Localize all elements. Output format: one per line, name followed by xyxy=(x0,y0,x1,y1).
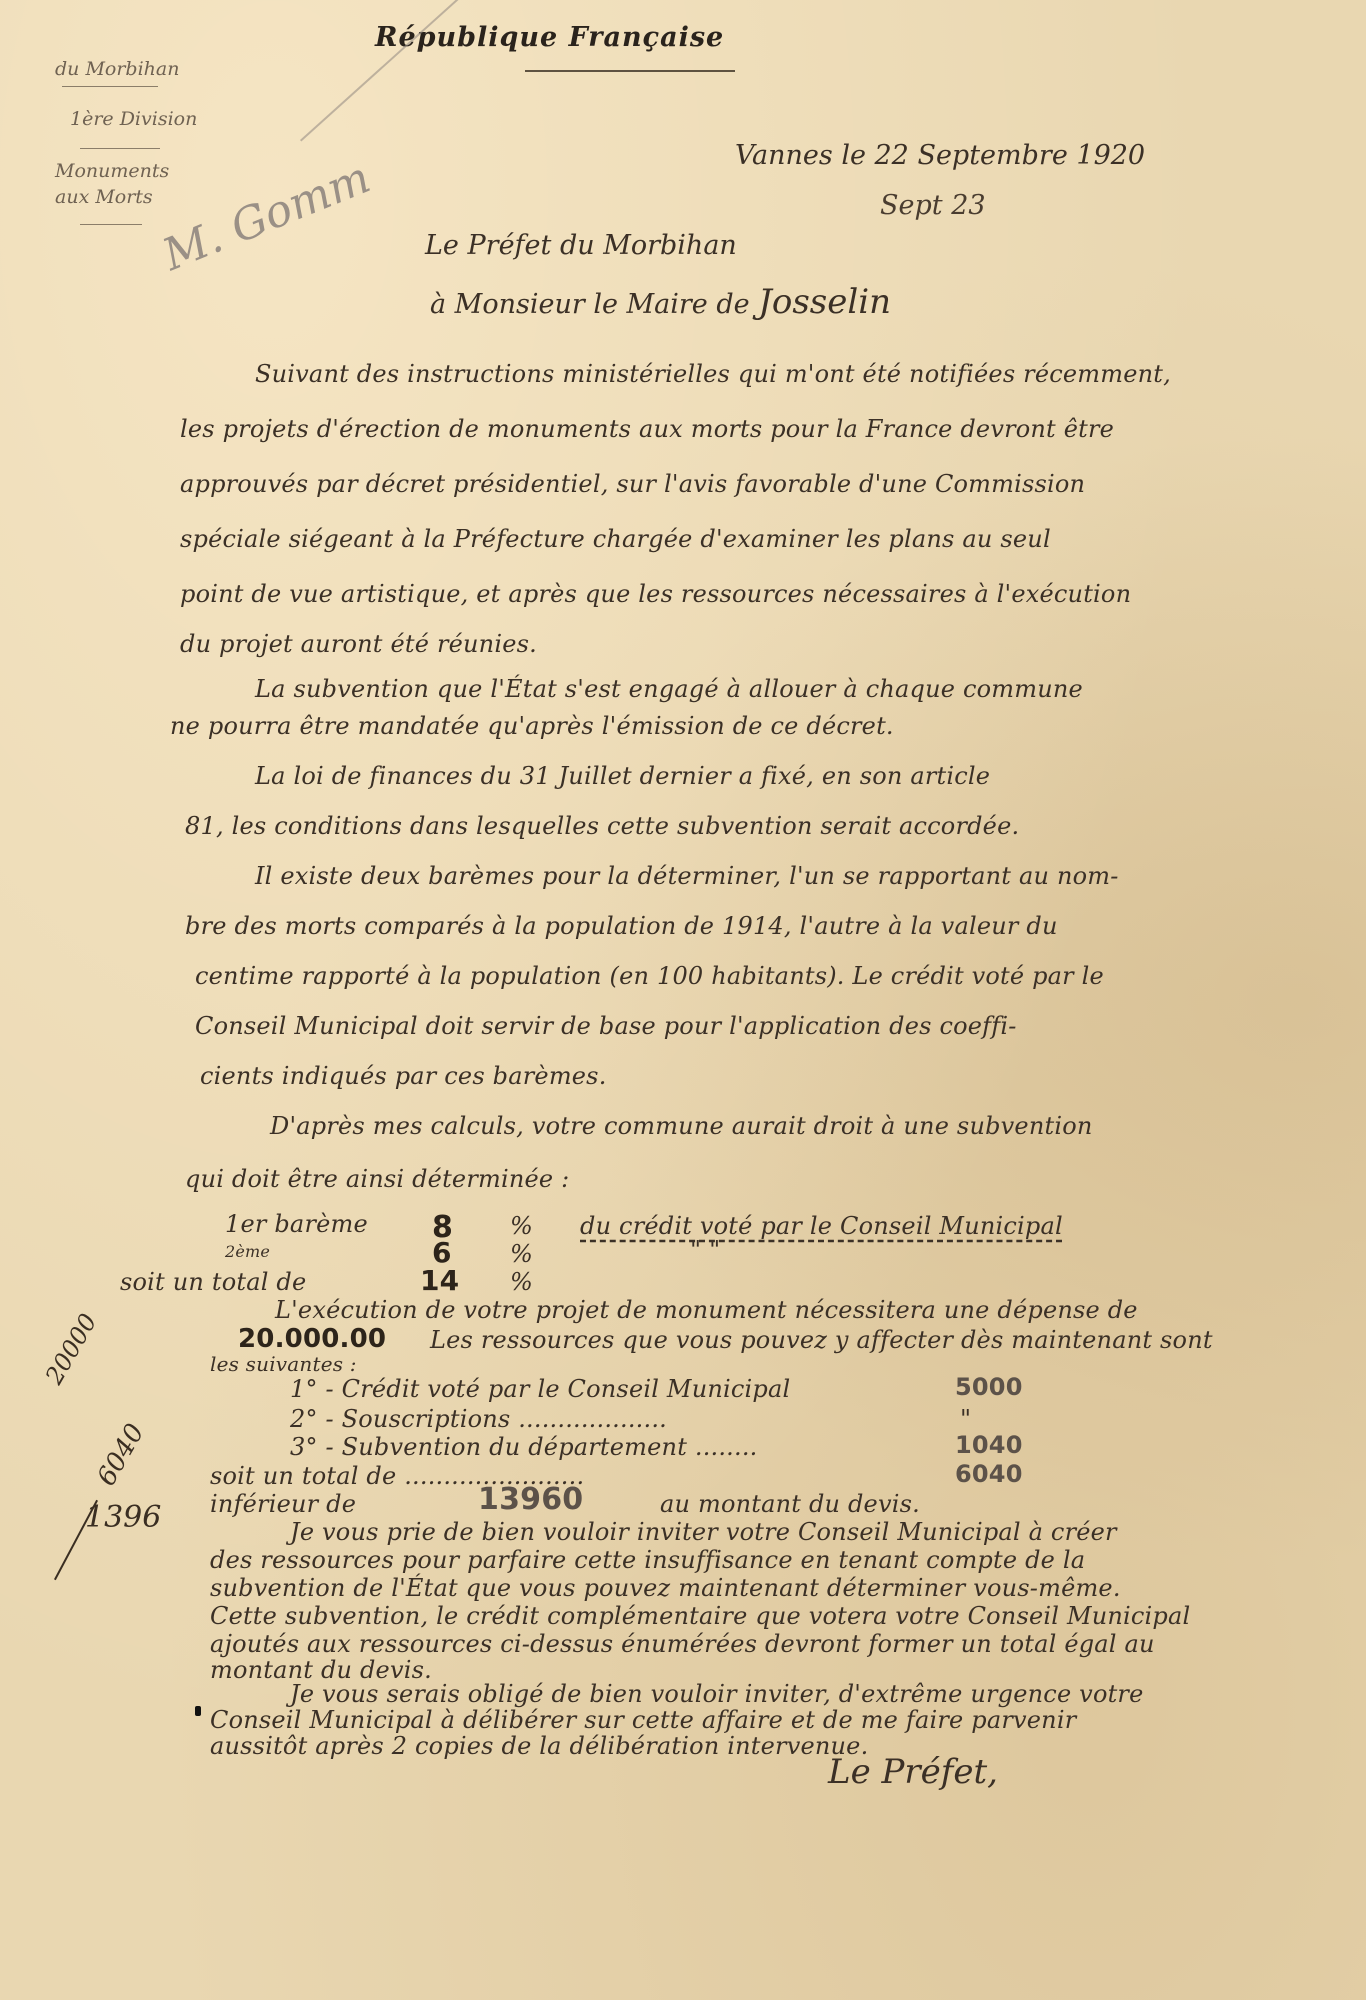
body-line: qui doit être ainsi déterminée : xyxy=(185,1165,569,1193)
body-line: Il existe deux barèmes pour la détermine… xyxy=(255,862,1119,890)
body-line: centime rapporté à la population (en 100… xyxy=(195,962,1104,990)
body-line: point de vue artistique, et après que le… xyxy=(180,580,1131,608)
closing-line: Conseil Municipal à délibérer sur cette … xyxy=(210,1706,1076,1734)
margin-divider xyxy=(80,148,160,149)
resources-intro: Les ressources que vous pouvez y affecte… xyxy=(430,1326,1213,1354)
margin-subject-line1: Monuments xyxy=(55,160,169,182)
margin-division: 1ère Division xyxy=(70,108,197,130)
execution-line: L'exécution de votre projet de monument … xyxy=(275,1296,1138,1324)
devis-amount: 20.000.00 xyxy=(238,1324,386,1354)
body-line: Suivant des instructions ministérielles … xyxy=(255,360,1171,388)
closing-line: Cette subvention, le crédit complémentai… xyxy=(210,1602,1190,1630)
resource-value: 1040 xyxy=(955,1431,1023,1459)
recipient: à Monsieur le Maire de Josselin xyxy=(430,282,891,322)
bareme-row1-text: du crédit voté par le Conseil Municipal xyxy=(580,1212,1063,1240)
bareme-row3-unit: % xyxy=(510,1268,533,1296)
resources-intro-cont: les suivantes : xyxy=(210,1352,357,1376)
bareme-row1-label: 1er barème xyxy=(225,1210,368,1238)
resource-label: 1° - Crédit voté par le Conseil Municipa… xyxy=(290,1375,790,1403)
date-annotation: Sept 23 xyxy=(880,190,986,221)
sender: Le Préfet du Morbihan xyxy=(425,230,737,261)
closing-line: Je vous prie de bien vouloir inviter vot… xyxy=(290,1518,1117,1546)
closing-line: Je vous serais obligé de bien vouloir in… xyxy=(290,1680,1144,1708)
margin-department: du Morbihan xyxy=(55,58,179,80)
pencil-annotation: M. Gomm xyxy=(156,152,377,281)
header-underline xyxy=(525,70,735,72)
body-line: La subvention que l'État s'est engagé à … xyxy=(255,675,1083,703)
body-line: D'après mes calculs, votre commune aurai… xyxy=(270,1112,1093,1140)
margin-calc-line2: 6040 xyxy=(92,1419,151,1491)
body-line: Conseil Municipal doit servir de base po… xyxy=(195,1012,1017,1040)
body-line: bre des morts comparés à la population d… xyxy=(185,912,1058,940)
letter-date: Vannes le 22 Septembre 1920 xyxy=(735,140,1145,171)
bareme-row3-value: 14 xyxy=(420,1264,459,1297)
bareme-row2-unit: % xyxy=(510,1240,533,1268)
shortfall-prefix: inférieur de xyxy=(210,1490,356,1518)
total-value: 6040 xyxy=(955,1460,1023,1488)
recipient-prefix: à Monsieur le Maire de xyxy=(430,289,750,320)
bareme-row2-ditto: " " xyxy=(690,1236,720,1264)
margin-divider xyxy=(80,224,142,225)
bareme-row1-unit: % xyxy=(510,1212,533,1240)
margin-divider xyxy=(62,86,158,87)
recipient-town: Josselin xyxy=(758,282,891,322)
margin-calc-line1: 20000 xyxy=(40,1309,102,1389)
margin-subject-line2: aux Morts xyxy=(55,186,153,208)
bareme-row2-label: 2ème xyxy=(225,1242,270,1261)
body-line: les projets d'érection de monuments aux … xyxy=(180,415,1114,443)
body-line: du projet auront été réunies. xyxy=(180,630,537,658)
body-line: approuvés par décret présidentiel, sur l… xyxy=(180,470,1085,498)
closing-line: subvention de l'État que vous pouvez mai… xyxy=(210,1574,1121,1602)
closing-line: aussitôt après 2 copies de la délibérati… xyxy=(210,1732,868,1760)
shortfall-suffix: au montant du devis. xyxy=(660,1490,920,1518)
resource-value: 5000 xyxy=(955,1373,1023,1401)
ink-blot xyxy=(195,1706,201,1716)
closing-line: ajoutés aux ressources ci-dessus énuméré… xyxy=(210,1630,1155,1658)
body-line: 81, les conditions dans lesquelles cette… xyxy=(185,812,1019,840)
bareme-row3-label: soit un total de xyxy=(120,1268,306,1296)
body-line: La loi de finances du 31 Juillet dernier… xyxy=(255,762,990,790)
resource-label: 3° - Subvention du département ........ xyxy=(290,1433,758,1461)
body-line: spéciale siégeant à la Préfecture chargé… xyxy=(180,525,1051,553)
closing-line: des ressources pour parfaire cette insuf… xyxy=(210,1546,1085,1574)
shortfall-value: 13960 xyxy=(478,1482,583,1517)
resource-label: 2° - Souscriptions ................... xyxy=(290,1405,667,1433)
signature: Le Préfet, xyxy=(828,1752,998,1792)
body-line: ne pourra être mandatée qu'après l'émiss… xyxy=(170,712,894,740)
margin-calc-result: 1396 xyxy=(85,1500,161,1535)
body-line: cients indiqués par ces barèmes. xyxy=(200,1062,607,1090)
resource-value: " xyxy=(960,1405,971,1433)
